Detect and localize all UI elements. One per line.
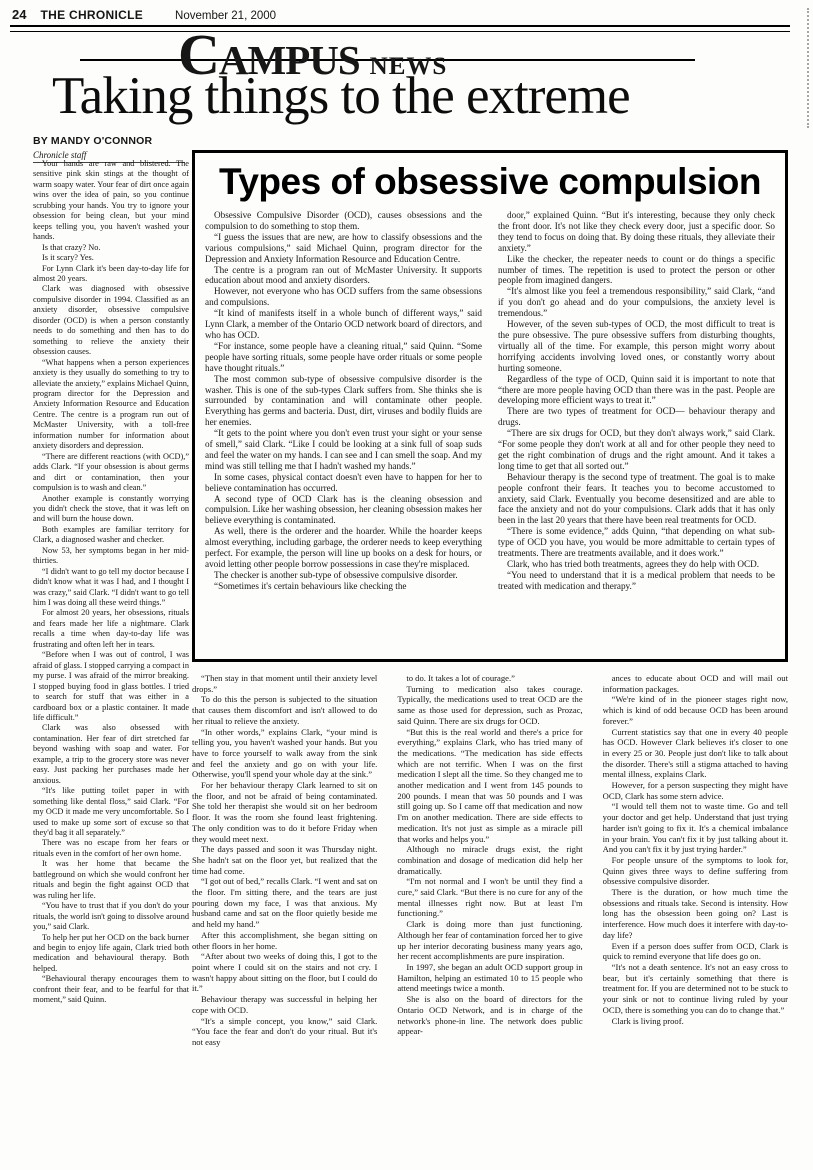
masthead: 24 THE CHRONICLE November 21, 2000: [12, 7, 276, 22]
paragraph: “It's not a death sentence. It's not an …: [603, 962, 788, 1016]
paragraph: She is also on the board of directors fo…: [397, 994, 582, 1037]
paragraph: “It's almost like you feel a tremendous …: [498, 286, 775, 319]
paragraph: “There is some evidence,” adds Quinn, “t…: [498, 526, 775, 559]
paragraph: “There are six drugs for OCD, but they d…: [498, 428, 775, 472]
paragraph: “I got out of bed,” recalls Clark. “I we…: [192, 876, 377, 930]
paragraph: “It kind of manifests itself in a whole …: [205, 308, 482, 341]
newspaper-page: 24 THE CHRONICLE November 21, 2000 Campu…: [0, 0, 813, 1170]
paragraph: “What happens when a person experiences …: [33, 358, 189, 452]
paragraph: “But this is the real world and there's …: [397, 727, 582, 845]
paragraph: “I'm not normal and I won't be until the…: [397, 876, 582, 919]
paragraph: “In other words,” explains Clark, “your …: [192, 727, 377, 781]
paragraph: Current statistics say that one in every…: [603, 727, 788, 781]
issue-date: November 21, 2000: [175, 10, 276, 22]
paragraph: Your hands are raw and blistered. The se…: [33, 159, 189, 243]
paragraph: ances to educate about OCD and will mail…: [603, 673, 788, 694]
paragraph: Regardless of the type of OCD, Quinn sai…: [498, 374, 775, 407]
paragraph: In some cases, physical contact doesn't …: [205, 472, 482, 494]
paragraph: Clark, who has tried both treatments, ag…: [498, 559, 775, 570]
paragraph: “There are different reactions (with OCD…: [33, 452, 189, 494]
paragraph: Both examples are familiar territory for…: [33, 525, 189, 546]
paragraph: Clark was also obsessed with contaminati…: [33, 723, 189, 786]
paragraph: To do this the person is subjected to th…: [192, 694, 377, 726]
paragraph: Although no miracle drugs exist, the rig…: [397, 844, 582, 876]
paragraph: Behaviour therapy was successful in help…: [192, 994, 377, 1015]
paragraph: To help her put her OCD on the back burn…: [33, 933, 189, 975]
story-continuation-column-1: “Then stay in that moment until their an…: [192, 673, 377, 1167]
paragraph: Clark is doing more than just functionin…: [397, 919, 582, 962]
paragraph: For people unsure of the symptoms to loo…: [603, 855, 788, 887]
story-continuation-column-2: to do. It takes a lot of courage.”Turnin…: [397, 673, 582, 1167]
paragraph: door,” explained Quinn. “But it's intere…: [498, 210, 775, 254]
paragraph: Like the checker, the repeater needs to …: [498, 254, 775, 287]
paragraph: However, of the seven sub-types of OCD, …: [498, 319, 775, 374]
paragraph: “For instance, some people have a cleani…: [205, 341, 482, 374]
paragraph: A second type of OCD Clark has is the cl…: [205, 494, 482, 527]
paragraph: The days passed and soon it was Thursday…: [192, 844, 377, 876]
paragraph: The most common sub-type of obsessive co…: [205, 374, 482, 429]
paragraph: “It's a simple concept, you know,” said …: [192, 1016, 377, 1048]
paragraph: “After about two weeks of doing this, I …: [192, 951, 377, 994]
paragraph: “I would tell them not to waste time. Go…: [603, 801, 788, 855]
paragraph: As well, there is the orderer and the ho…: [205, 526, 482, 570]
right-region: Types of obsessive compulsion Obsessive …: [192, 150, 788, 1167]
paragraph: It was her home that became the battlegr…: [33, 859, 189, 901]
paragraph: After this accomplishment, she began sit…: [192, 930, 377, 951]
article-headline: Taking things to the extreme: [52, 68, 792, 124]
paragraph: Is it scary? Yes.: [33, 253, 189, 263]
paragraph: “Behavioural therapy encourages them to …: [33, 974, 189, 1005]
paragraph: to do. It takes a lot of courage.”: [397, 673, 582, 684]
paragraph: “Sometimes it's certain behaviours like …: [205, 581, 482, 592]
paragraph: Clark was diagnosed with obsessive compu…: [33, 284, 189, 357]
paragraph: “We're kind of in the pioneer stages rig…: [603, 694, 788, 726]
paragraph: Clark is living proof.: [603, 1016, 788, 1027]
paper-name: THE CHRONICLE: [40, 8, 143, 22]
paragraph: For almost 20 years, her obsessions, rit…: [33, 608, 189, 650]
paragraph: Even if a person does suffer from OCD, C…: [603, 941, 788, 962]
paragraph: “You have to trust that if you don't do …: [33, 901, 189, 932]
paragraph: “Then stay in that moment until their an…: [192, 673, 377, 694]
paragraph: However, for a person suspecting they mi…: [603, 780, 788, 801]
paragraph: “I guess the issues that are new, are ho…: [205, 232, 482, 265]
paragraph: Another example is constantly worrying y…: [33, 494, 189, 525]
paragraph: Now 53, her symptoms began in her mid-th…: [33, 546, 189, 567]
paragraph: The centre is a program ran out of McMas…: [205, 265, 482, 287]
paragraph: “You need to understand that it is a med…: [498, 570, 775, 592]
feature-box-title: Types of obsessive compulsion: [205, 163, 775, 201]
paragraph: For Lynn Clark it's been day-to-day life…: [33, 264, 189, 285]
paragraph: For her behaviour therapy Clark learned …: [192, 780, 377, 844]
feature-box-column-2: door,” explained Quinn. “But it's intere…: [498, 210, 775, 650]
main-story-left-column: Your hands are raw and blistered. The se…: [33, 159, 189, 1161]
page-number: 24: [12, 7, 26, 22]
paragraph: However, not everyone who has OCD suffer…: [205, 286, 482, 308]
paragraph: Turning to medication also takes courage…: [397, 684, 582, 727]
byline-author: BY MANDY O'CONNOR: [33, 135, 152, 147]
paragraph: Is that crazy? No.: [33, 243, 189, 253]
story-continuation-column-3: ances to educate about OCD and will mail…: [603, 673, 788, 1167]
paragraph: “I didn't want to go tell my doctor beca…: [33, 567, 189, 609]
feature-box: Types of obsessive compulsion Obsessive …: [192, 150, 788, 662]
paragraph: Obsessive Compulsive Disorder (OCD), cau…: [205, 210, 482, 232]
paragraph: There is the duration, or how much time …: [603, 887, 788, 941]
paragraph: “It's like putting toilet paper in with …: [33, 786, 189, 838]
paragraph: “Before when I was out of control, I was…: [33, 650, 189, 723]
paragraph: Behaviour therapy is the second type of …: [498, 472, 775, 527]
paragraph: “It gets to the point where you don't ev…: [205, 428, 482, 472]
paragraph: There was no escape from her fears or ri…: [33, 838, 189, 859]
feature-box-column-1: Obsessive Compulsive Disorder (OCD), cau…: [205, 210, 482, 650]
paragraph: The checker is another sub-type of obses…: [205, 570, 482, 581]
paragraph: There are two types of treatment for OCD…: [498, 406, 775, 428]
paragraph: In 1997, she began an adult OCD support …: [397, 962, 582, 994]
